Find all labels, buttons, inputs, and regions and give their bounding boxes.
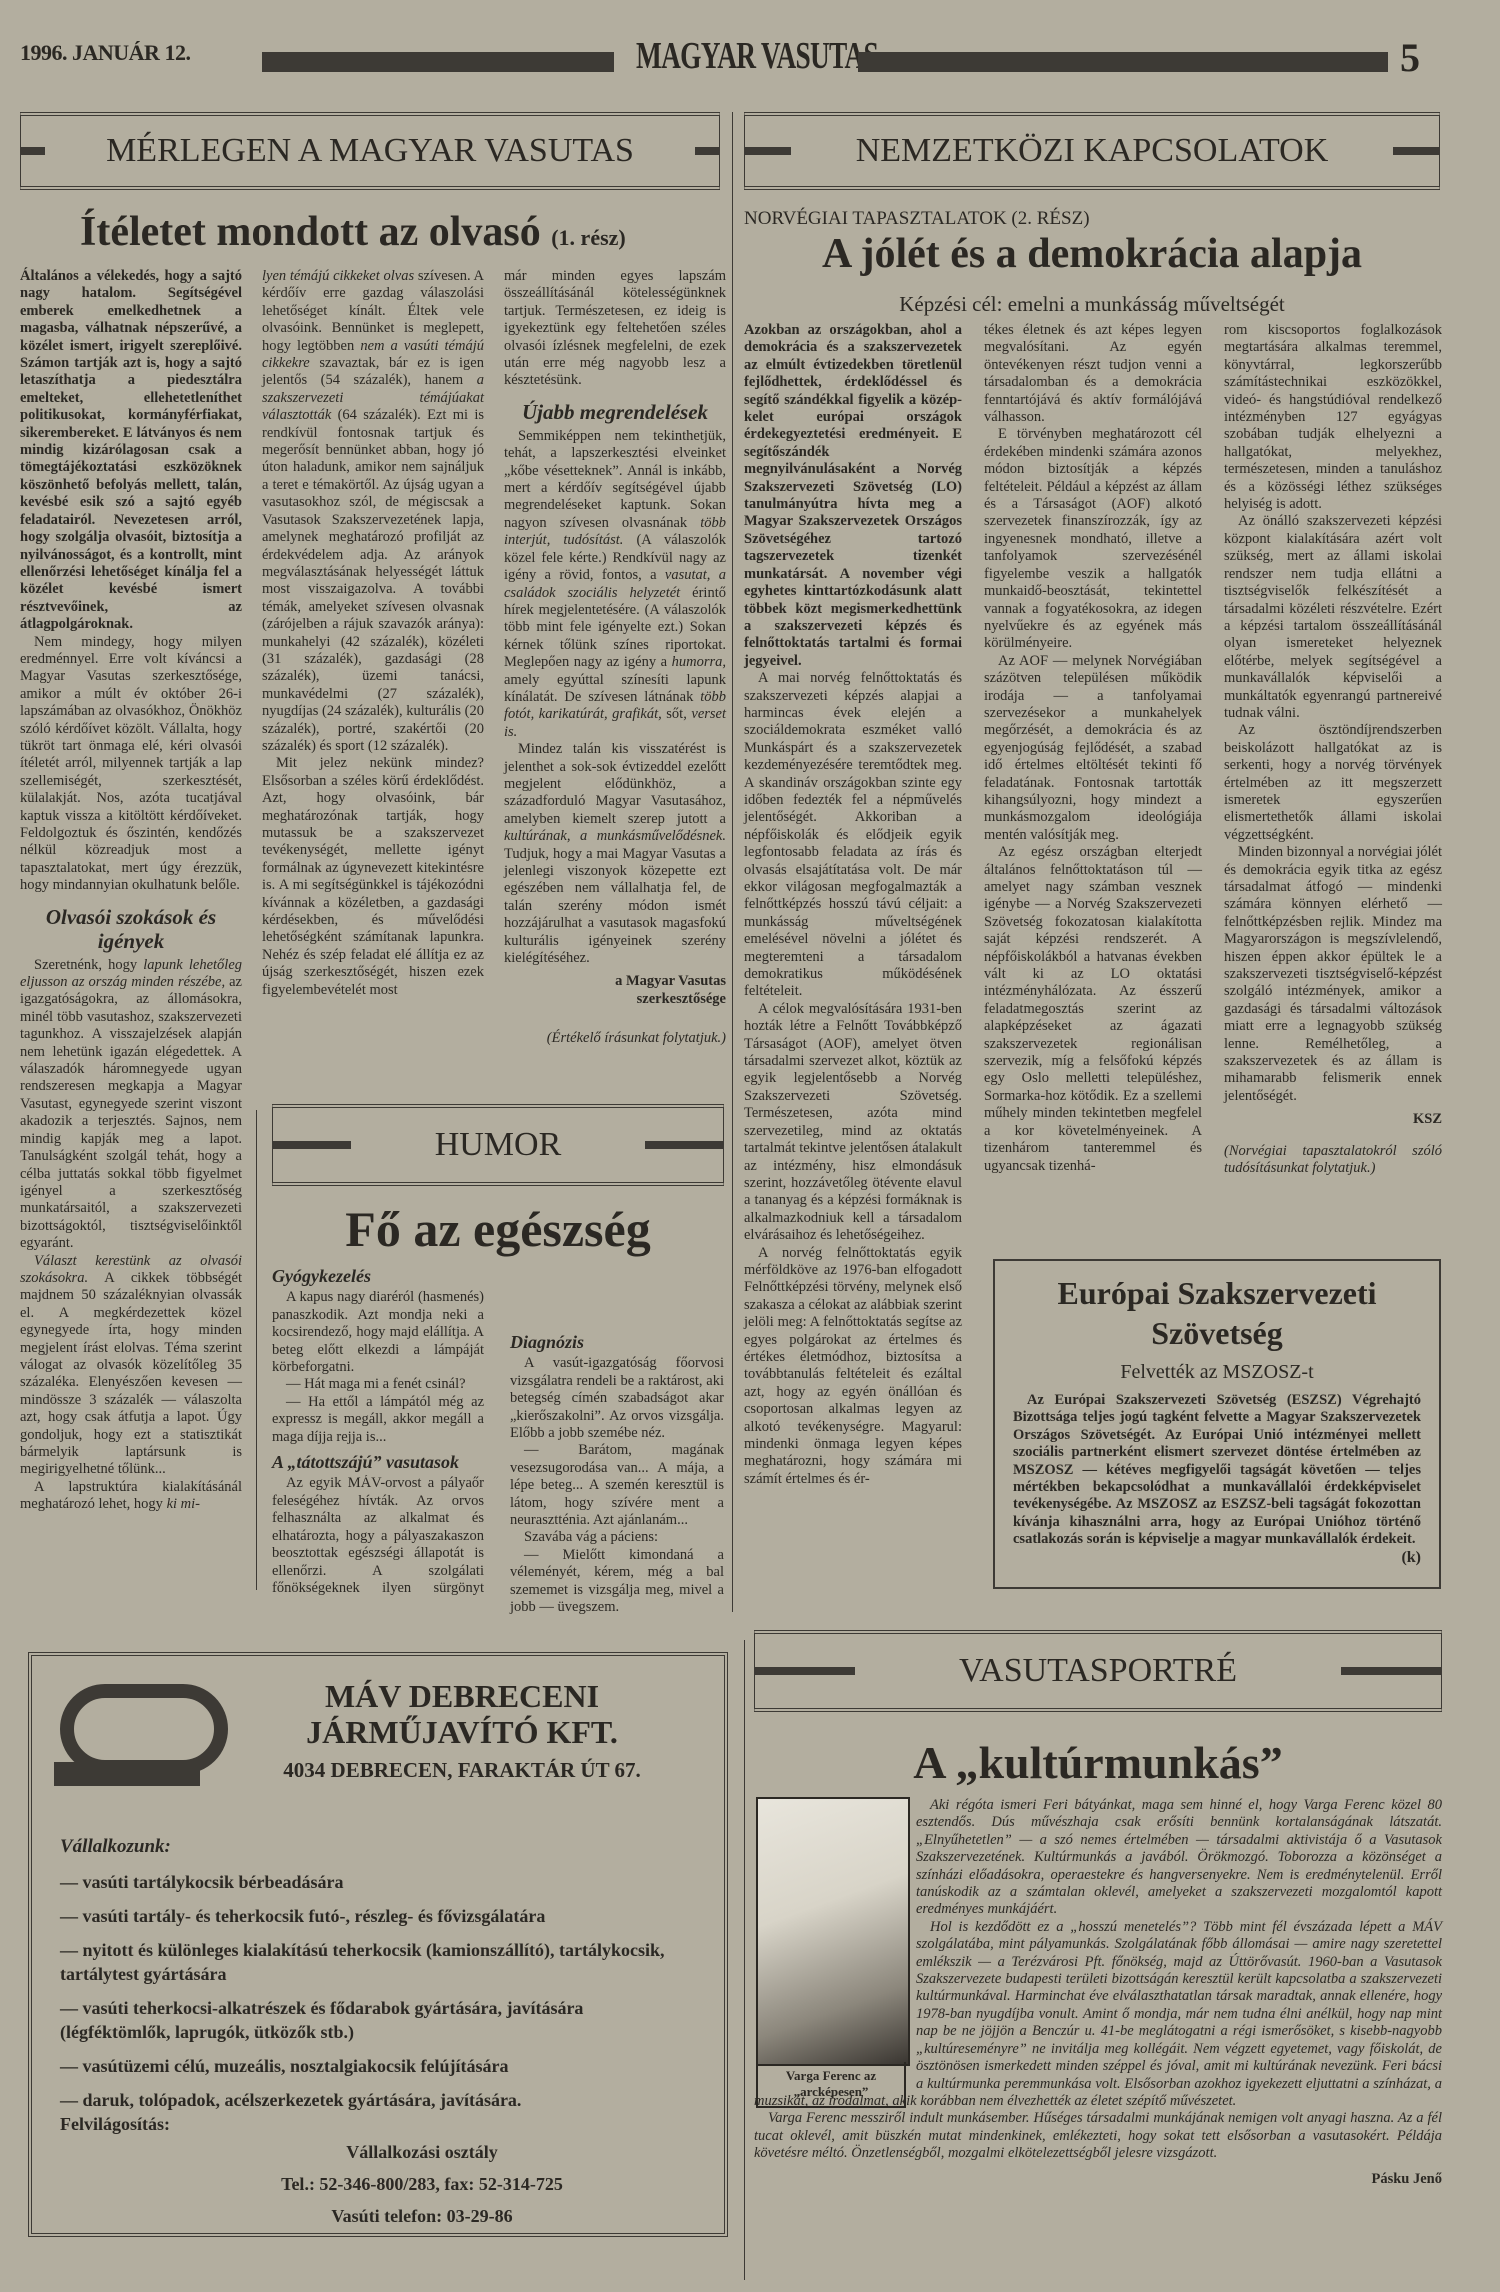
text: Semmiképpen nem tekinthetjük, tehát, a l… [504,428,726,531]
joke-paragraph: — Barátom, magának vesezsugorodása van..… [510,1442,724,1529]
header-rule [755,1667,855,1675]
joke-paragraph: — Ha ettől a lámpától még az expressz is… [272,1394,484,1446]
joke-heading: Diagnózis [510,1334,724,1351]
sport-article-body: Aki régóta ismeri Feri bátyánkat, maga s… [754,1797,1442,2188]
article-column-3: már minden egyes lapszám összeállításáná… [504,268,726,1048]
section-label: VASUTASPORTRÉ [959,1652,1237,1690]
box-title: Európai Szakszervezeti [1013,1273,1421,1313]
joke-paragraph: A vasút-igazgatóság főorvosi vizsgálatra… [510,1355,724,1442]
service-item: — vasútüzemi célú, muzeális, nosztalgiak… [60,2054,680,2078]
text: sőt, [662,706,692,722]
mav-logo-icon [60,1684,228,1774]
text: Mindez talán kis visszatérést is jelenth… [504,741,726,827]
contact-info: Vállalkozási osztály Tel.: 52-346-800/28… [212,2136,632,2232]
joke-heading: Gyógykezelés [272,1268,484,1285]
section-header-merlegen: MÉRLEGEN A MAGYAR VASUTAS [20,112,720,190]
paragraph: E törvényben meghatározott cél érdekében… [984,426,1202,652]
paragraph: Semmiképpen nem tekinthetjük, tehát, a l… [504,428,726,741]
emphasis: ki mi- [167,1496,200,1512]
article-column-2: tékes életnek és azt képes legyen megval… [984,322,1202,1175]
text: amely egyúttal színesíti lapunk kínálatá… [504,672,726,705]
title-text: Ítéletet mondott az olvasó [80,209,541,255]
article-column-1: Általános a vélekedés, hogy a sajtó nagy… [20,268,242,1514]
header-rule [695,147,719,155]
box-signature: (k) [1013,1549,1421,1567]
header-rule [21,147,45,155]
article-column-3: rom kiscsoportos foglalkozások megtartás… [1224,322,1442,1178]
column-divider [256,1110,257,1590]
header-rule [273,1141,351,1149]
newspaper-title: MAGYAR VASUTAS [636,34,878,78]
text: az igazgatóságokra, az állomásokra, miné… [20,974,242,1251]
emphasis: kultúrának, a munkásművelődésnek. [504,828,726,844]
signature: szerkesztősége [504,991,726,1008]
etuc-news-box: Európai Szakszervezeti Szövetség Felvett… [993,1259,1441,1589]
joke-paragraph: Szavába vág a páciens: [510,1529,724,1546]
photo-float-spacer [754,1797,916,2089]
mav-debrecen-advertisement: MÁV DEBRECENI JÁRMŰJAVÍTÓ KFT. 4034 DEBR… [28,1652,728,2237]
joke-paragraph: — Hát maga mi a fenét csinál? [272,1376,484,1393]
phone-fax: Tel.: 52-346-800/283, fax: 52-314-725 [212,2168,632,2200]
emphasis: lyen témájú cikkeket olvas [262,268,414,284]
humor-column-1: Gyógykezelés A kapus nagy diaréról (hasm… [272,1268,484,1597]
paragraph: Szeretnénk, hogy lapunk lehetőleg eljuss… [20,957,242,1253]
continued-note: (Norvégiai tapasztalatokról szóló tudósí… [1224,1143,1442,1178]
box-subtitle: Felvették az MSZOSZ-t [1013,1361,1421,1384]
text: Tudjuk, hogy a mai Magyar Vasutas a jele… [504,846,726,966]
humor-title: Fő az egészség [272,1200,724,1258]
section-header-nemzetkozi: NEMZETKÖZI KAPCSOLATOK [744,112,1440,190]
lead-paragraph: Azokban az országokban, ahol a demokráci… [744,322,962,670]
header-rule [745,147,791,155]
section-header-humor: HUMOR [272,1104,724,1186]
paragraph: A lapstruktúra kialakításánál meghatároz… [20,1479,242,1514]
joke-paragraph: Az egyik MÁV-orvost a pályaőr feleségéhe… [272,1475,484,1597]
masthead-rule-left [262,52,614,72]
text: A lapstruktúra kialakításánál meghatároz… [20,1479,242,1512]
column-divider [744,1640,745,2280]
paragraph: tékes életnek és azt képes legyen megval… [984,322,1202,426]
service-item: — vasúti tartálykocsik bérbeadására [60,1870,680,1894]
box-title: Szövetség [1013,1313,1421,1353]
continued-note: (Értékelő írásunkat folytatjuk.) [504,1030,726,1047]
text: A cikkek többségét majdnem 50 százalékny… [20,1270,242,1477]
paragraph: rom kiscsoportos foglalkozások megtartás… [1224,322,1442,513]
header-rule [1341,1667,1441,1675]
subheading: Újabb megrendelések [504,400,726,424]
article-kicker: NORVÉGIAI TAPASZTALATOK (2. RÉSZ) [744,208,1090,230]
title-part-label: (1. rész) [551,225,626,250]
subheading: Olvasói szokások és igények [20,905,242,953]
paragraph: Minden bizonnyal a norvégiai jólét és de… [1224,844,1442,1105]
paragraph: A norvég felnőttoktatás egyik mérföldköv… [744,1245,962,1489]
section-label: MÉRLEGEN A MAGYAR VASUTAS [106,132,634,170]
article-subtitle: Képzési cél: emelni a munkásság műveltsé… [744,292,1440,317]
company-name-line: JÁRMŰJAVÍTÓ KFT. [212,1714,712,1750]
department: Vállalkozási osztály [212,2136,632,2168]
paragraph: Az önálló szakszervezeti képzési központ… [1224,513,1442,722]
paragraph: már minden egyes lapszám összeállításáná… [504,268,726,390]
joke-paragraph: — Mielőtt kimondaná a véleményét, kérem,… [510,1547,724,1617]
info-label: Felvilágosítás: [60,2114,170,2135]
signature: KSZ [1224,1111,1442,1128]
services-list: — vasúti tartálykocsik bérbeadására — va… [60,1870,680,2122]
article-column-1: Azokban az országokban, ahol a demokráci… [744,322,962,1488]
header-rule [1393,147,1439,155]
joke-heading: A „tátottszájú” vasutasok [272,1454,484,1471]
section-header-vasutasportre: VASUTASPORTRÉ [754,1630,1442,1712]
lead-paragraph: Általános a vélekedés, hogy a sajtó nagy… [20,268,242,634]
offer-heading: Vállalkozunk: [60,1836,171,1858]
article-column-2: lyen témájú cikkeket olvas szívesen. A k… [262,268,484,999]
article-title: Ítéletet mondott az olvasó (1. rész) [80,208,626,256]
signature: a Magyar Vasutas [504,973,726,990]
paragraph: Mit jelez nekünk mindez? Elsősorban a sz… [262,755,484,999]
paragraph: Választ kerestünk az olvasói szokásokra.… [20,1253,242,1479]
text: (64 százalék). Ezt mi is rendkívül fonto… [262,407,484,754]
paragraph: Mindez talán kis visszatérést is jelenth… [504,741,726,967]
masthead-rule-right [858,52,1388,72]
paragraph: Varga Ferenc messziről indult munkásembe… [754,2110,1442,2162]
mav-logo-bar [54,1762,200,1786]
humor-column-2: Diagnózis A vasút-igazgatóság főorvosi v… [510,1268,724,1617]
paragraph: lyen témájú cikkeket olvas szívesen. A k… [262,268,484,755]
box-body: Az Európai Szakszervezeti Szövetség (ESZ… [1013,1392,1421,1549]
service-item: — daruk, tolópadok, acélszerkezetek gyár… [60,2088,680,2112]
issue-date: 1996. JANUÁR 12. [20,40,190,66]
column-divider [732,112,733,1612]
paragraph: A célok megvalósítására 1931-ben hozták … [744,1001,962,1245]
paragraph: Az ösztöndíjrendszerben beiskolázott hal… [1224,722,1442,844]
joke-paragraph: A kapus nagy diaréról (hasmenés) panaszk… [272,1289,484,1376]
joke-continuation-spacer [510,1268,724,1328]
company-name: MÁV DEBRECENI JÁRMŰJAVÍTÓ KFT. [212,1678,712,1750]
paragraph: A mai norvég felnőttoktatás és szakszerv… [744,670,962,1001]
rail-phone: Vasúti telefon: 03-29-86 [212,2200,632,2232]
service-item: — nyitott és különleges kialakítású tehe… [60,1938,680,1986]
article-title: A jólét és a demokrácia alapja [744,230,1440,278]
service-item: — vasúti teherkocsi-alkatrészek és fődar… [60,1996,680,2044]
company-address: 4034 DEBRECEN, FARAKTÁR ÚT 67. [212,1758,712,1783]
company-name-line: MÁV DEBRECENI [212,1678,712,1714]
author-signature: Pásku Jenő [754,2171,1442,2188]
page-number: 5 [1400,34,1420,81]
paragraph: Nem mindegy, hogy milyen eredménnyel. Er… [20,634,242,895]
section-label: HUMOR [435,1126,562,1164]
section-label: NEMZETKÖZI KAPCSOLATOK [856,132,1329,170]
sport-title: A „kultúrmunkás” [754,1736,1442,1789]
paragraph: Az egész országban elterjedt általános f… [984,844,1202,1175]
paragraph: Az AOF — melynek Norvégiában százötven t… [984,653,1202,844]
service-item: — vasúti tartály- és teherkocsik futó-, … [60,1904,680,1928]
text: Szeretnénk, hogy [34,957,143,973]
header-rule [645,1141,723,1149]
emphasis: humorra, [672,654,726,670]
